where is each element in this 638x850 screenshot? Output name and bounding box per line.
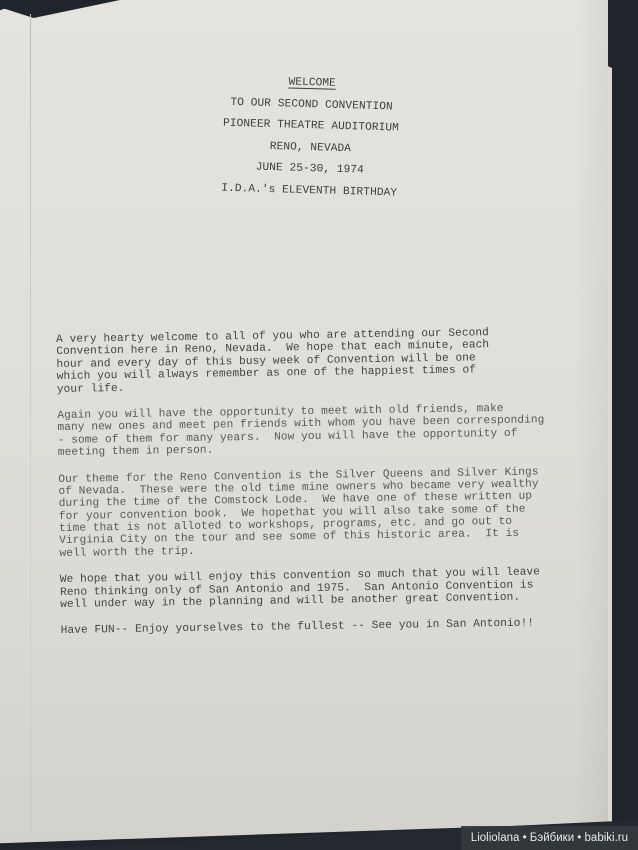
- paragraph-theme: Our theme for the Reno Convention is the…: [58, 465, 579, 560]
- paragraph-san-antonio: We hope that you will enjoy this convent…: [60, 566, 581, 611]
- letter-body: A very hearty welcome to all of you who …: [56, 326, 581, 652]
- typewritten-document: WELCOME TO OUR SECOND CONVENTION PIONEER…: [0, 0, 638, 850]
- watermark: Lioliolana • Бэйбики • babiki.ru: [461, 826, 638, 850]
- paragraph-closing: Have FUN-- Enjoy yourselves to the fulle…: [61, 617, 581, 638]
- paragraph-welcome: A very hearty welcome to all of you who …: [56, 326, 577, 396]
- paragraph-friends: Again you will have the opportunity to m…: [57, 402, 578, 460]
- document-heading: WELCOME TO OUR SECOND CONVENTION PIONEER…: [196, 70, 425, 205]
- text-line: Have FUN-- Enjoy yourselves to the fulle…: [61, 617, 581, 638]
